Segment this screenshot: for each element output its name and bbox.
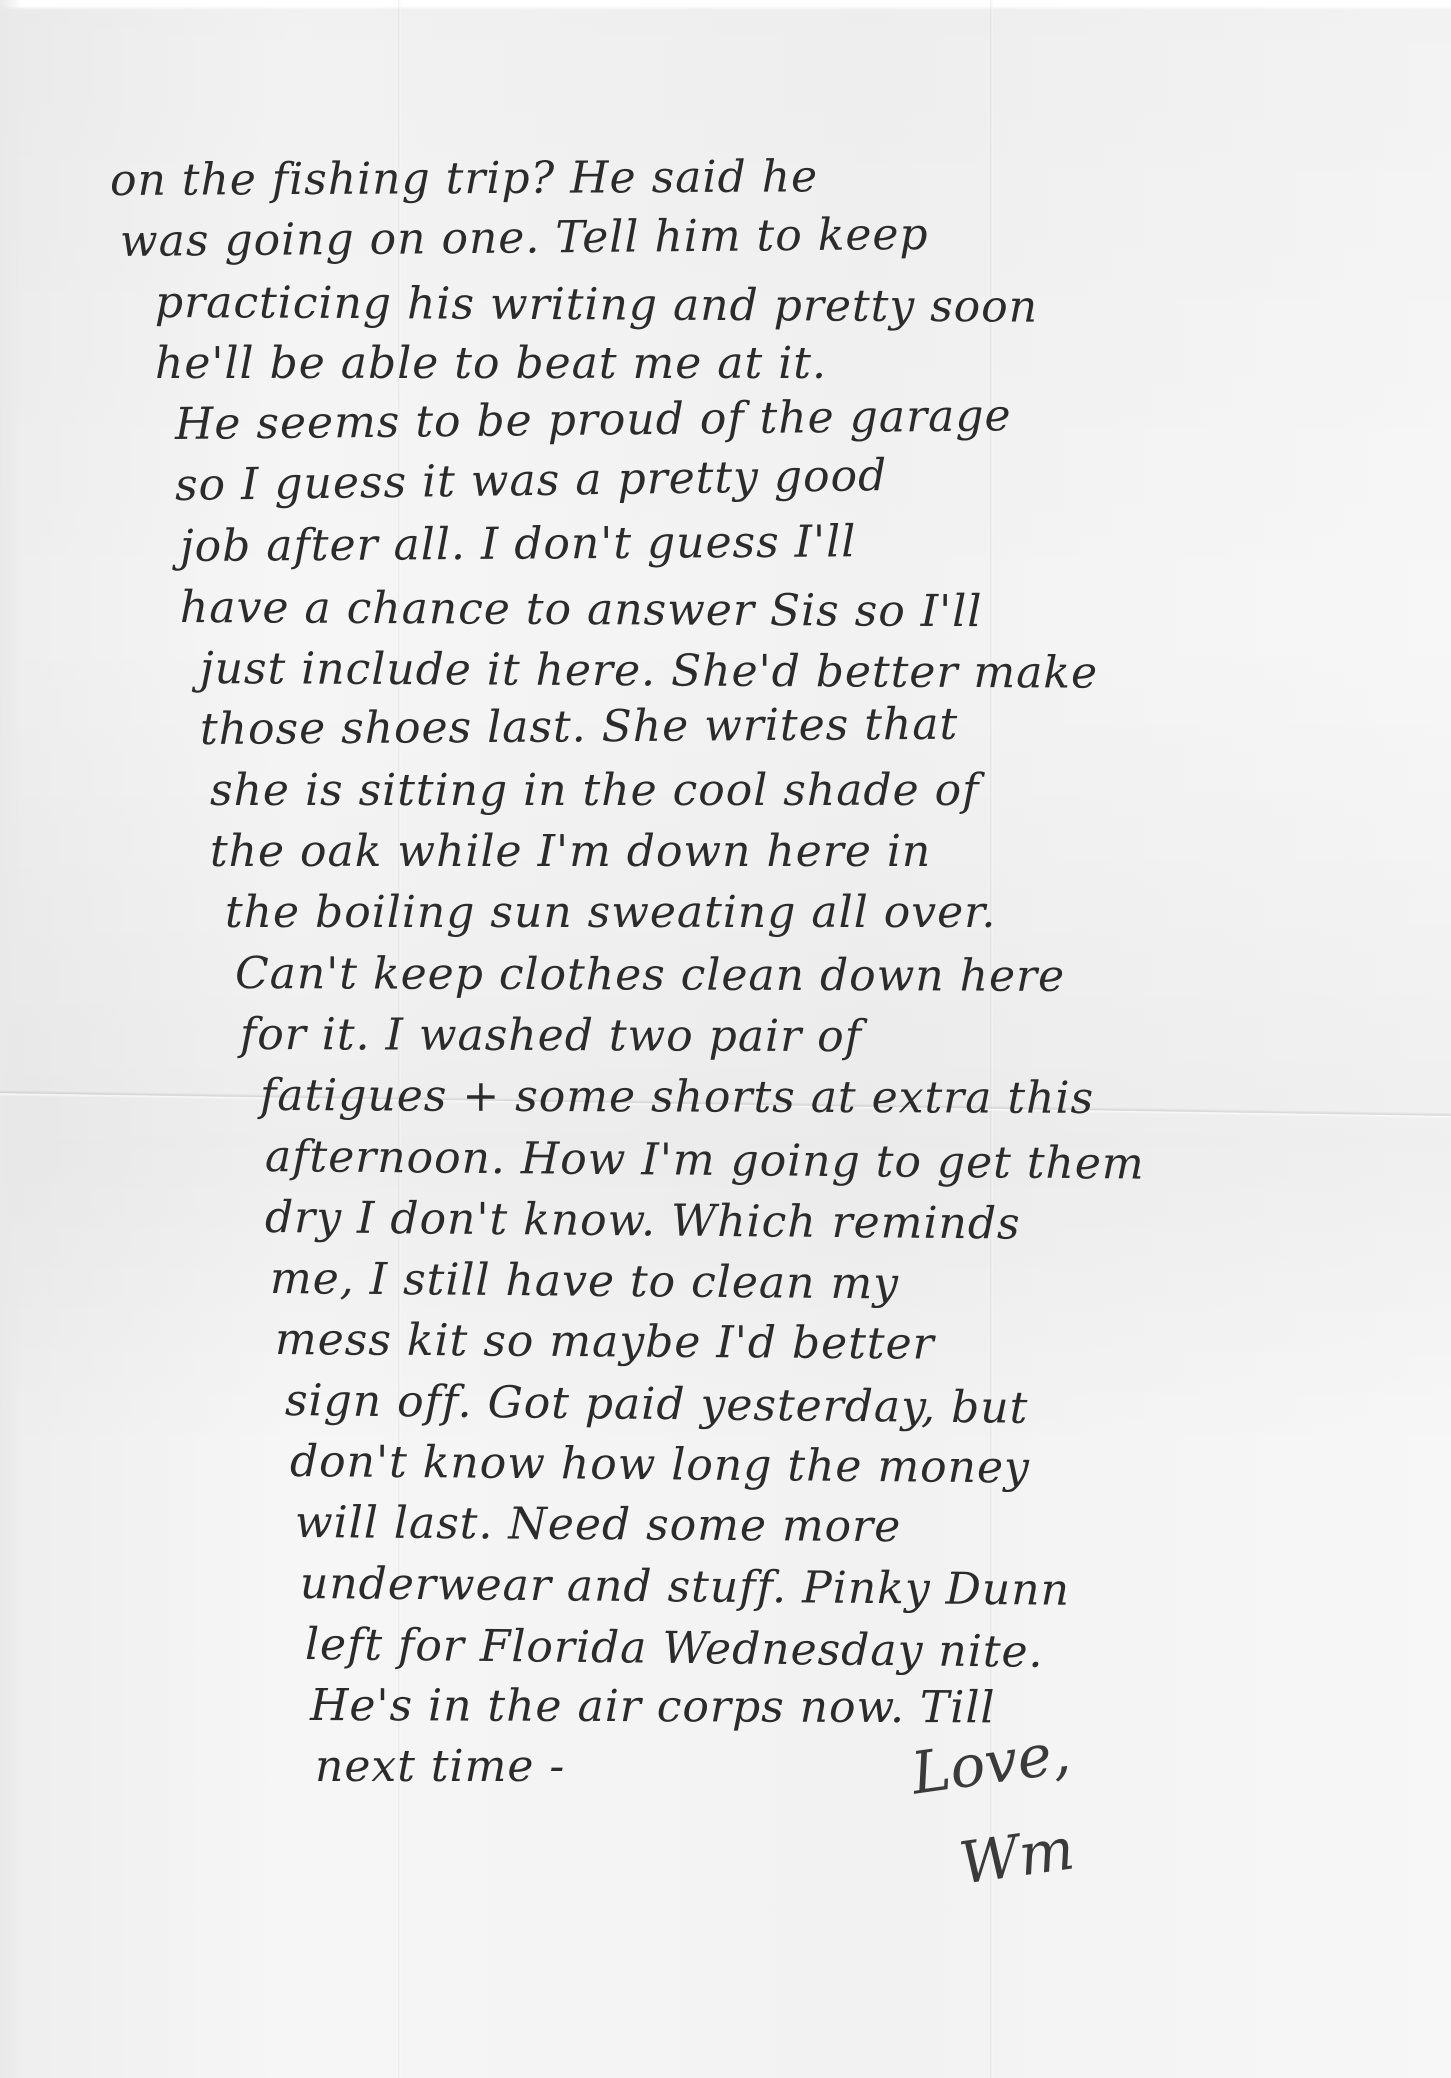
letter-line: don't know how long the money: [290, 1431, 1310, 1501]
letter-line: those shoes last. She writes that: [200, 691, 1310, 760]
letter-line: mess kit so maybe I'd better: [275, 1309, 1310, 1377]
letter-line: me, I still have to clean my: [270, 1248, 1310, 1318]
letter-body: on the fishing trip? He said he was goin…: [110, 150, 1310, 1797]
letter-line: practicing his writing and pretty soon: [155, 272, 1310, 339]
letter-line: He's in the air corps now. Till: [310, 1675, 1310, 1739]
letter-page: on the fishing trip? He said he was goin…: [0, 0, 1451, 2078]
letter-line: next time -: [315, 1736, 1310, 1797]
letter-line: was going on one. Tell him to keep: [120, 201, 1310, 272]
letter-line: the oak while I'm down here in: [210, 821, 1310, 882]
letter-line: she is sitting in the cool shade of: [210, 760, 1310, 821]
letter-line: the boiling sun sweating all over.: [225, 882, 1310, 943]
letter-line: Can't keep clothes clean down here: [235, 943, 1310, 1008]
letter-line: sign off. Got paid yesterday, but: [285, 1370, 1311, 1442]
letter-line: afternoon. How I'm going to get them: [265, 1126, 1310, 1196]
paper-top-edge: [0, 0, 1451, 10]
letter-line: fatigues + some shorts at extra this: [260, 1065, 1310, 1130]
letter-line: underwear and stuff. Pinky Dunn: [300, 1553, 1310, 1623]
letter-line: job after all. I don't guess I'll: [180, 508, 1310, 577]
letter-line: will last. Need some more: [295, 1492, 1310, 1560]
paper-left-edge: [0, 0, 22, 2078]
letter-line: have a chance to answer Sis so I'll: [180, 577, 1310, 644]
letter-line: on the fishing trip? He said he: [110, 144, 1310, 211]
letter-line: dry I don't know. Which reminds: [265, 1187, 1310, 1257]
letter-line: for it. I washed two pair of: [240, 1004, 1310, 1069]
letter-signature: Wm: [955, 1814, 1078, 1897]
